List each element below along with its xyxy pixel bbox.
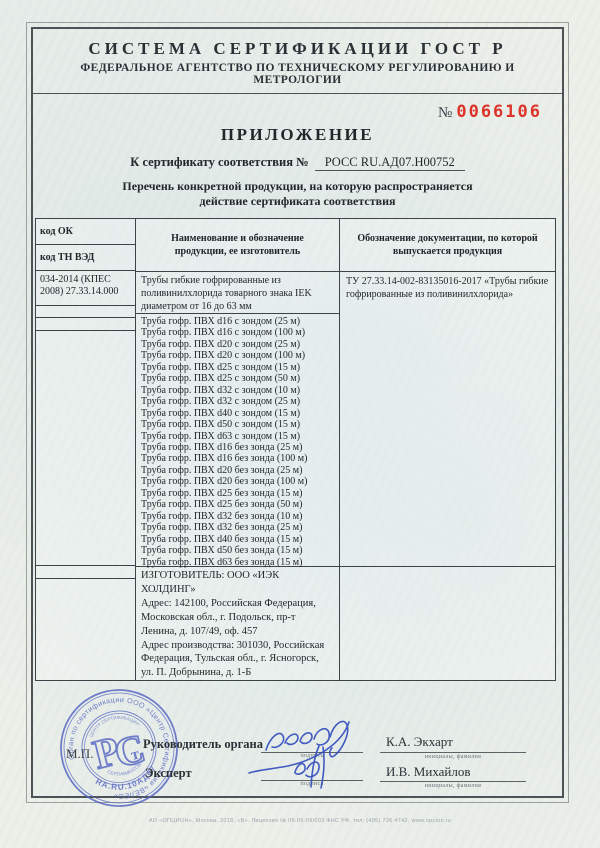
documentation-cell: ТУ 27.33.14-002-83135016-2017 «Трубы гиб…	[340, 272, 555, 567]
system-title: СИСТЕМА СЕРТИФИКАЦИИ ГОСТ Р	[39, 39, 556, 59]
empty-cell	[36, 579, 135, 680]
page-frame-inner: СИСТЕМА СЕРТИФИКАЦИИ ГОСТ Р ФЕДЕРАЛЬНОЕ …	[31, 27, 564, 798]
empty-cell	[36, 318, 135, 331]
document-title: ПРИЛОЖЕНИЕ	[33, 125, 562, 145]
signatory-name-expert: И.В. Михайлов	[386, 764, 471, 780]
list-item: Труба гофр. ПВХ d20 без зонда (25 м)	[141, 465, 339, 476]
list-item: Адрес производства: 301030, Российская Ф…	[141, 639, 333, 681]
list-item: Труба гофр. ПВХ d40 с зондом (15 м)	[141, 408, 339, 419]
empty-cell	[340, 567, 555, 680]
purpose-line-2: действие сертификата соответствия	[33, 194, 562, 209]
signature-caption-head: подпись	[261, 753, 363, 759]
list-item: Труба гофр. ПВХ d25 с зондом (50 м)	[141, 373, 339, 384]
table-column-codes: код ОК код ТН ВЭД 034-2014 (КПЕС 2008) 2…	[36, 219, 136, 680]
list-item: Труба гофр. ПВХ d32 с зондом (10 м)	[141, 385, 339, 396]
signatory-role-head: Руководитель органа	[143, 737, 263, 752]
certificate-number: РОСС RU.АД07.Н00752	[315, 155, 465, 171]
agency-title: ФЕДЕРАЛЬНОЕ АГЕНТСТВО ПО ТЕХНИЧЕСКОМУ РЕ…	[39, 62, 556, 86]
list-item: Адрес: 142100, Российская Федерация, Мос…	[141, 597, 333, 639]
empty-cell	[36, 566, 135, 579]
table-column-documentation: Обозначение документации, по которой вып…	[340, 219, 555, 680]
list-item: Труба гофр. ПВХ d20 с зондом (100 м)	[141, 350, 339, 361]
product-code-cell: 034-2014 (КПЕС 2008) 27.33.14.000	[36, 271, 135, 306]
blank-number: № 0066106	[33, 102, 562, 124]
list-item: Труба гофр. ПВХ d63 с зондом (15 м)	[141, 431, 339, 442]
certification-system-header: СИСТЕМА СЕРТИФИКАЦИИ ГОСТ Р ФЕДЕРАЛЬНОЕ …	[33, 29, 562, 94]
stamp-place-label: М.П.	[66, 746, 93, 762]
header-code-tnved: код ТН ВЭД	[36, 245, 135, 271]
purpose-statement: Перечень конкретной продукции, на котору…	[33, 179, 562, 209]
list-item: Труба гофр. ПВХ d16 с зондом (25 м)	[141, 316, 339, 327]
signature-caption-expert: подпись	[261, 781, 363, 787]
product-list-cell: Труба гофр. ПВХ d16 с зондом (25 м)Труба…	[136, 314, 339, 567]
list-item: Труба гофр. ПВХ d32 без зонда (25 м)	[141, 522, 339, 533]
signatory-role-expert: Эксперт	[145, 766, 192, 781]
list-item: Труба гофр. ПВХ d25 без зонда (15 м)	[141, 488, 339, 499]
list-item: Труба гофр. ПВХ d25 без зонда (50 м)	[141, 499, 339, 510]
list-item: Труба гофр. ПВХ d16 без зонда (25 м)	[141, 442, 339, 453]
list-item: Труба гофр. ПВХ d40 без зонда (15 м)	[141, 534, 339, 545]
list-item: Труба гофр. ПВХ d16 с зондом (100 м)	[141, 327, 339, 338]
list-item: Труба гофр. ПВХ d20 без зонда (100 м)	[141, 476, 339, 487]
rst-logo-icon: Р С т	[88, 721, 149, 782]
table-column-products: Наименование и обозначение продукции, ее…	[136, 219, 340, 680]
list-item: Труба гофр. ПВХ d32 без зонда (10 м)	[141, 511, 339, 522]
list-item: Труба гофр. ПВХ d20 с зондом (25 м)	[141, 339, 339, 350]
list-item: Труба гофр. ПВХ d50 без зонда (15 м)	[141, 545, 339, 556]
list-item: Труба гофр. ПВХ d32 с зондом (25 м)	[141, 396, 339, 407]
manufacturer-cell: ИЗГОТОВИТЕЛЬ: ООО «ИЭК ХОЛДИНГ»Адрес: 14…	[136, 567, 339, 680]
certificate-page: СИСТЕМА СЕРТИФИКАЦИИ ГОСТ Р ФЕДЕРАЛЬНОЕ …	[0, 0, 600, 848]
list-item: Труба гофр. ПВХ d25 с зондом (15 м)	[141, 362, 339, 373]
name-caption-head: инициалы, фамилия	[380, 754, 526, 760]
purpose-line-1: Перечень конкретной продукции, на котору…	[33, 179, 562, 194]
number-sign: №	[438, 105, 452, 121]
empty-cell	[36, 331, 135, 566]
header-documentation: Обозначение документации, по которой вып…	[340, 219, 555, 272]
product-description-cell: Трубы гибкие гофрированные из поливинилх…	[136, 272, 339, 314]
product-table: код ОК код ТН ВЭД 034-2014 (КПЕС 2008) 2…	[35, 218, 556, 681]
signatory-name-head: К.А. Экхарт	[386, 734, 453, 750]
header-product-name: Наименование и обозначение продукции, ее…	[136, 219, 339, 272]
certificate-reference: К сертификату соответствия №РОСС RU.АД07…	[33, 155, 562, 170]
printer-fine-print: АО «ОПЦИОН», Москва, 2018, «В». Лицензия…	[0, 818, 600, 824]
empty-cell	[36, 306, 135, 318]
blank-number-value: 0066106	[456, 102, 542, 122]
name-caption-expert: инициалы, фамилия	[380, 783, 526, 789]
list-item: Труба гофр. ПВХ d16 без зонда (100 м)	[141, 453, 339, 464]
list-item: ИЗГОТОВИТЕЛЬ: ООО «ИЭК ХОЛДИНГ»	[141, 569, 333, 597]
certificate-reference-label: К сертификату соответствия №	[130, 155, 308, 169]
header-code-ok: код ОК	[36, 219, 135, 245]
list-item: Труба гофр. ПВХ d50 с зондом (15 м)	[141, 419, 339, 430]
